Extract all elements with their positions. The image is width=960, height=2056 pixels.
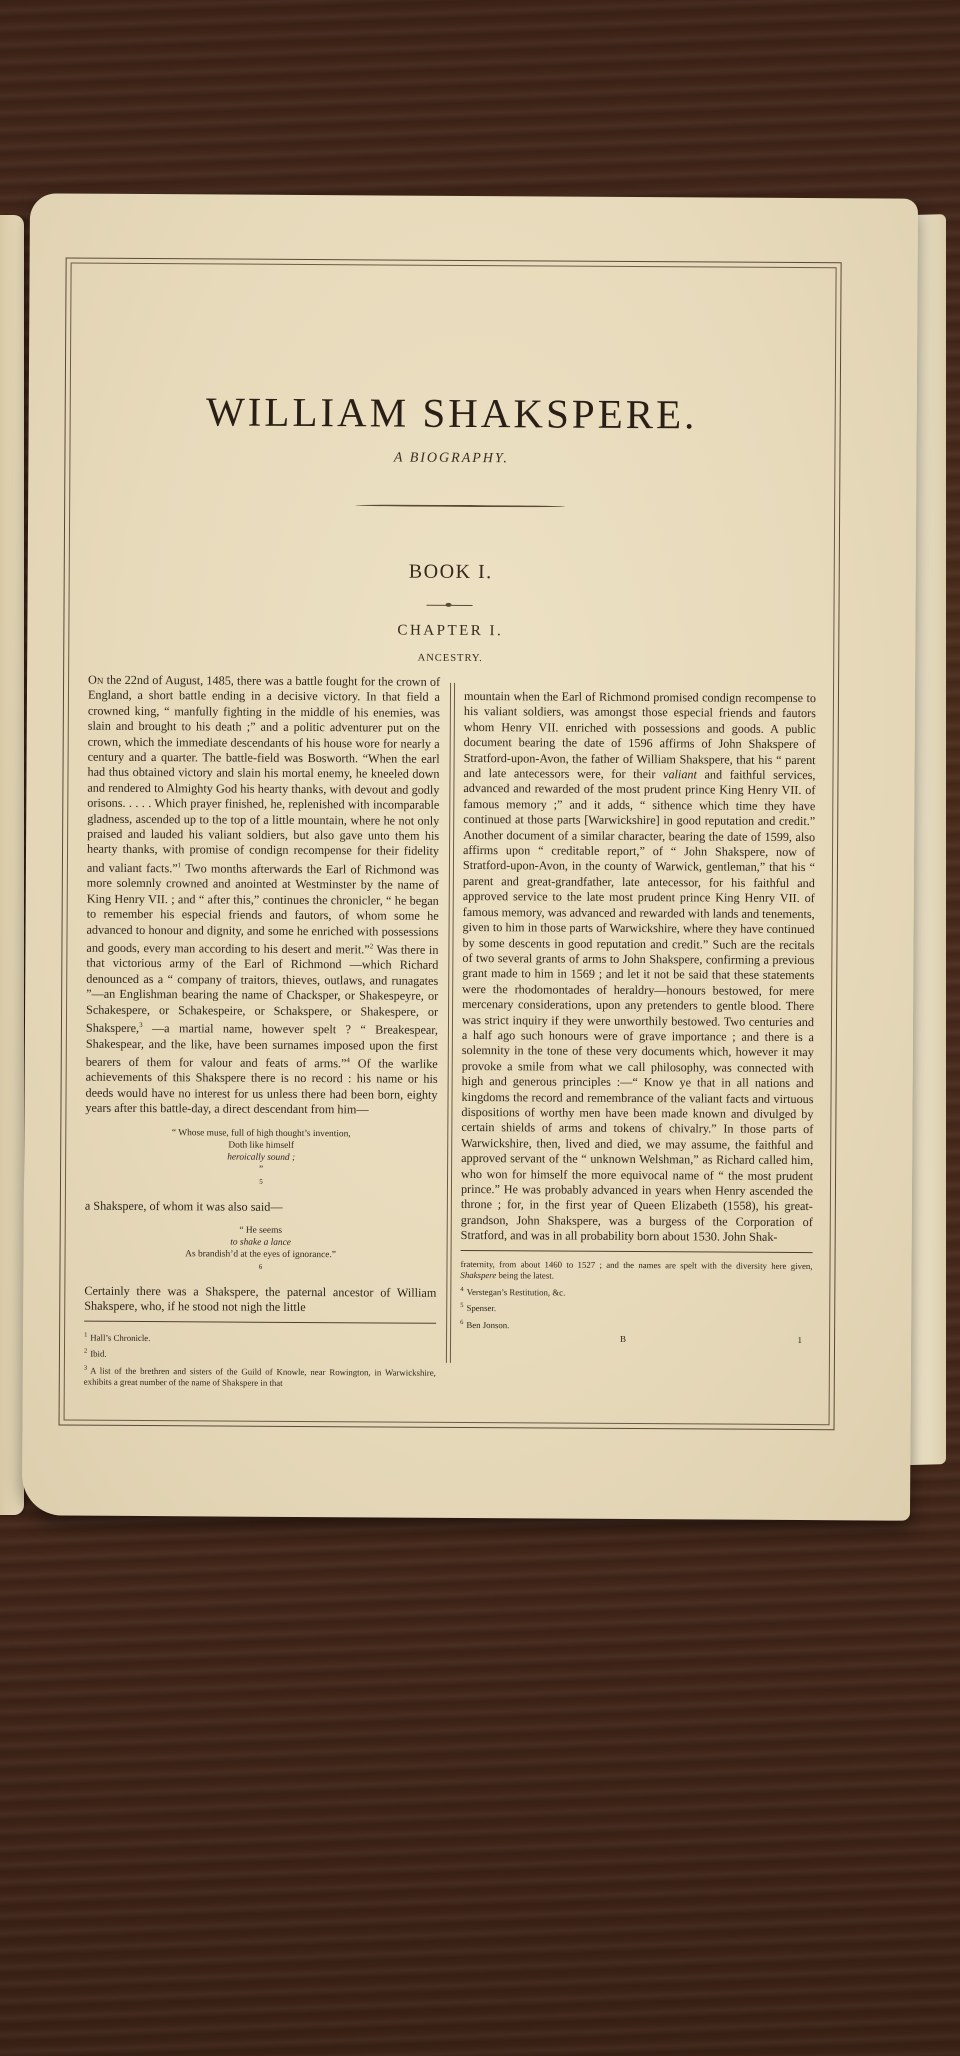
book-title: WILLIAM SHAKSPERE.: [80, 387, 824, 440]
footnote-ref: 6: [84, 1260, 436, 1274]
footnote: 2Ibid.: [84, 1346, 436, 1363]
left-text-column: On the 22nd of August, 1485, there was a…: [84, 673, 440, 1393]
footnote-text: fraternity, from about 1460 to 1527 ; an…: [460, 1259, 812, 1271]
footnote-ref: 5: [85, 1174, 437, 1188]
footnote-number: 4: [460, 1286, 463, 1293]
footnote-number: 2: [84, 1348, 87, 1355]
page-border-frame: WILLIAM SHAKSPERE. A BIOGRAPHY. BOOK I. …: [59, 258, 842, 1431]
opening-word: On: [88, 673, 103, 687]
footnotes-right: fraternity, from about 1460 to 1527 ; an…: [460, 1259, 813, 1347]
verse-quotation: “ He seems to shake a lance As brandish’…: [84, 1224, 436, 1274]
footnote-continuation: fraternity, from about 1460 to 1527 ; an…: [460, 1259, 812, 1284]
book-number-heading: BOOK I.: [79, 559, 823, 587]
verse-text: Doth like himself: [85, 1138, 437, 1152]
footnote-text: being the latest.: [496, 1270, 554, 1280]
footnote-text: Spenser.: [466, 1303, 496, 1313]
verse-line: As brandish’d at the eyes of ignorance.”…: [84, 1248, 436, 1274]
verse-italic: to shake a lance: [230, 1238, 291, 1248]
book-page: WILLIAM SHAKSPERE. A BIOGRAPHY. BOOK I. …: [22, 193, 918, 1520]
footnote-text: Verstegan’s Restitution, &c.: [467, 1287, 566, 1298]
footnote: 4Verstegan’s Restitution, &c.: [460, 1284, 812, 1301]
footnote-text: Ibid.: [90, 1349, 106, 1359]
footnote-text: Ben Jonson.: [466, 1320, 509, 1330]
body-paragraph: a Shakspere, of whom it was also said—: [85, 1198, 437, 1216]
footnotes-left: 1Hall’s Chronicle. 2Ibid. 3A list of the…: [84, 1329, 436, 1390]
footnote: 3A list of the brethren and sisters of t…: [84, 1363, 436, 1391]
footnote: 6Ben Jonson.: [460, 1317, 812, 1334]
verse-quotation: “ Whose muse, full of high thought’s inv…: [85, 1126, 437, 1188]
body-paragraph: On the 22nd of August, 1485, there was a…: [85, 673, 440, 1119]
page-number: 1: [798, 1335, 803, 1347]
verse-line: Doth like himself heroically sound ;”5: [85, 1138, 437, 1188]
footnote-number: 3: [84, 1365, 87, 1372]
verse-text: “ He seems: [85, 1224, 437, 1238]
footnote-number: 5: [460, 1302, 463, 1309]
signature-mark: B: [620, 1334, 626, 1346]
footnote-text: A list of the brethren and sisters of th…: [84, 1365, 436, 1388]
footnote-rule: [84, 1320, 436, 1323]
footnote: 5Spenser.: [460, 1300, 812, 1317]
footnote-text: Hall’s Chronicle.: [90, 1332, 150, 1342]
paragraph-text: the 22nd of August, 1485, there was a ba…: [87, 673, 440, 875]
footnote: 1Hall’s Chronicle.: [84, 1329, 436, 1346]
verse-line: “ He seems to shake a lance: [85, 1224, 437, 1250]
body-paragraph: Certainly there was a Shakspere, the pat…: [84, 1284, 436, 1317]
right-text-column: mountain when the Earl of Richmond promi…: [460, 689, 816, 1349]
verse-italic: heroically sound ;: [227, 1152, 295, 1162]
footnote-number: 6: [460, 1319, 463, 1326]
footnote-number: 1: [84, 1331, 87, 1338]
footnote-rule: [461, 1250, 813, 1253]
italic-word: valiant: [663, 767, 697, 781]
paragraph-text: and faithful services, advanced and rewa…: [461, 767, 816, 1244]
page-footer: B 1: [460, 1333, 812, 1347]
body-paragraph: mountain when the Earl of Richmond promi…: [461, 689, 816, 1246]
left-page-edge: [0, 215, 24, 1515]
footnote-italic: Shakspere: [460, 1270, 496, 1280]
